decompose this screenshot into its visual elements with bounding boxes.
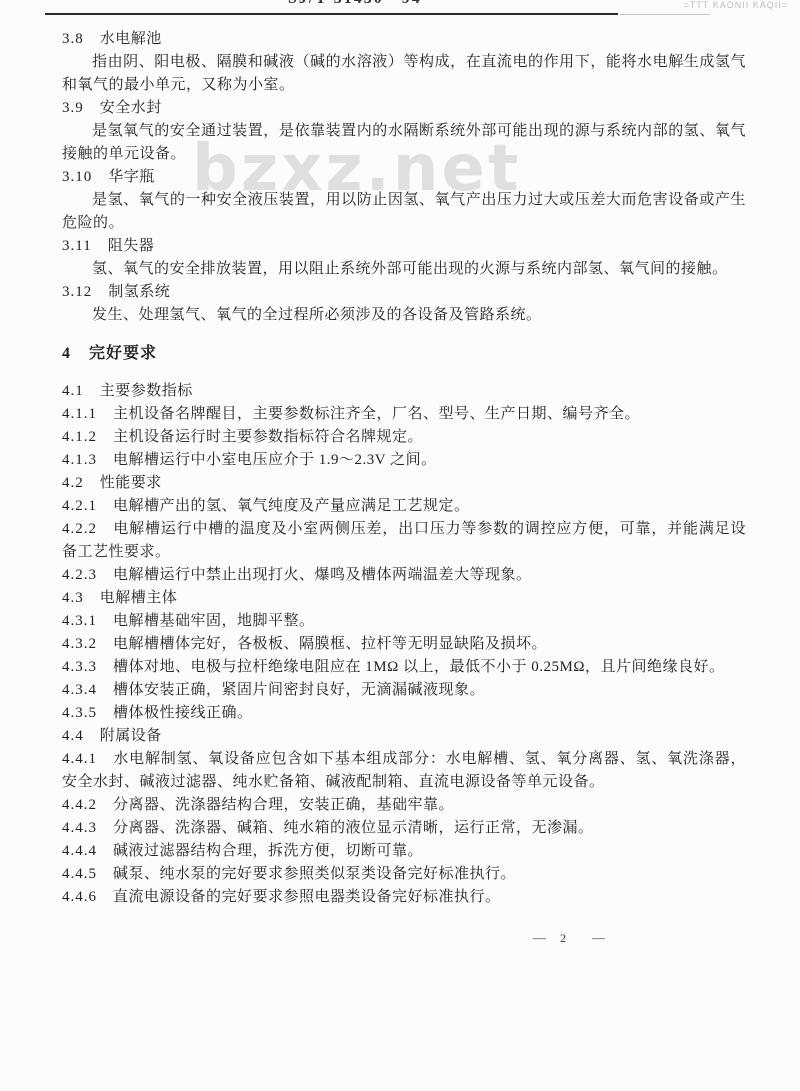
clause-text: 电解槽运行中槽的温度及小室两侧压差，出口压力等参数的调控应方便，可靠，并能满足设… [62, 521, 746, 560]
clause-4-1-2: 4.1.2主机设备运行时主要参数指标符合名牌规定。 [62, 426, 746, 449]
page-number-value: 2 [560, 931, 566, 946]
section-body: 氢、氧气的安全排放装置，用以阻止系统外部可能出现的火源与系统内部氢、氧气间的接触… [62, 258, 746, 281]
chapter-title: 完好要求 [89, 345, 157, 362]
clause-number: 4.3.4 [62, 679, 97, 702]
clause-4-3-3: 4.3.3槽体对地、电极与拉杆绝缘电阻应在 1MΩ 以上，最低不小于 0.25M… [62, 656, 746, 679]
clause-number: 4.3.3 [62, 656, 97, 679]
clause-text: 分离器、洗涤器结构合理，安装正确，基础牢靠。 [113, 797, 454, 813]
section-body: 是氢、氧气的一种安全液压装置，用以防止因氢、氧气产出压力过大或压差大而危害设备或… [62, 189, 746, 235]
clause-4-4-6: 4.4.6直流电源设备的完好要求参照电器类设备完好标准执行。 [62, 886, 746, 909]
clause-text: 电解槽运行中禁止出现打火、爆鸣及槽体两端温差大等现象。 [113, 567, 532, 583]
section-3-11: 3.11阻失器 氢、氧气的安全排放装置，用以阻止系统外部可能出现的火源与系统内部… [62, 235, 746, 281]
clause-text: 电解槽槽体完好，各极板、隔膜框、拉杆等无明显缺陷及损坏。 [113, 636, 547, 652]
clause-4-3-5: 4.3.5槽体极性接线正确。 [62, 702, 746, 725]
clause-4-2-3: 4.2.3电解槽运行中禁止出现打火、爆鸣及槽体两端温差大等现象。 [62, 564, 746, 587]
clause-text: 电解槽基础牢固，地脚平整。 [113, 613, 315, 629]
clause-number: 4.3.2 [62, 633, 97, 656]
clause-text: 电解槽主体 [100, 590, 178, 606]
section-title: 华字瓶 [108, 169, 155, 185]
clause-4-1-1: 4.1.1主机设备名牌醒目，主要参数标注齐全，厂名、型号、生产日期、编号齐全。 [62, 403, 746, 426]
clause-number: 4.1 [62, 380, 84, 403]
header-rule [45, 13, 618, 15]
clause-4-2-1: 4.2.1电解槽产出的氢、氧气纯度及产量应满足工艺规定。 [62, 495, 746, 518]
section-3-8: 3.8水电解池 指由阴、阳电极、隔膜和碱液（碱的水溶液）等构成，在直流电的作用下… [62, 28, 746, 97]
section-3-12: 3.12制氢系统 发生、处理氢气、氧气的全过程所必须涉及的各设备及管路系统。 [62, 281, 746, 327]
page-number-dash-right: — [592, 930, 605, 946]
document-page: SJ/T 31430—94 =TTT KAONII KAQII= bzxz.ne… [0, 0, 800, 1091]
clause-4-1: 4.1主要参数指标 [62, 380, 746, 403]
clause-number: 4.2.2 [62, 518, 97, 541]
clause-4-4-3: 4.4.3分离器、洗涤器、碱箱、纯水箱的液位显示清晰，运行正常，无渗漏。 [62, 817, 746, 840]
section-number: 3.12 [62, 281, 92, 304]
clause-number: 4.1.3 [62, 449, 97, 472]
section-3-9: 3.9安全水封 是氢氧气的安全通过装置，是依靠装置内的水隔断系统外部可能出现的源… [62, 97, 746, 166]
clause-4-4-2: 4.4.2分离器、洗涤器结构合理，安装正确，基础牢靠。 [62, 794, 746, 817]
clause-number: 4.4.3 [62, 817, 97, 840]
clause-number: 4.4.4 [62, 840, 97, 863]
section-3-10: 3.10华字瓶 是氢、氧气的一种安全液压装置，用以防止因氢、氧气产出压力过大或压… [62, 166, 746, 235]
corner-watermark: =TTT KAONII KAQII= [684, 0, 788, 10]
clause-4-4-4: 4.4.4碱液过滤器结构合理，拆洗方便，切断可靠。 [62, 840, 746, 863]
clause-text: 槽体对地、电极与拉杆绝缘电阻应在 1MΩ 以上，最低不小于 0.25MΩ，且片间… [113, 659, 724, 675]
clause-text: 电解槽产出的氢、氧气纯度及产量应满足工艺规定。 [113, 498, 470, 514]
clause-text: 直流电源设备的完好要求参照电器类设备完好标准执行。 [113, 889, 501, 905]
page-number-dash-left: — [533, 930, 546, 946]
document-content: 3.8水电解池 指由阴、阳电极、隔膜和碱液（碱的水溶液）等构成，在直流电的作用下… [62, 28, 746, 909]
clause-text: 水电解制氢、氧设备应包含如下基本组成部分：水电解槽、氢、氧分离器、氢、氧洗涤器，… [62, 751, 746, 790]
clause-text: 槽体极性接线正确。 [113, 705, 253, 721]
clause-number: 4.2.1 [62, 495, 97, 518]
clause-number: 4.2.3 [62, 564, 97, 587]
section-title: 安全水封 [100, 100, 162, 116]
doc-number: SJ/T 31430—94 [288, 0, 422, 8]
chapter-heading: 4完好要求 [62, 342, 746, 365]
clause-number: 4.4.5 [62, 863, 97, 886]
section-body: 指由阴、阳电极、隔膜和碱液（碱的水溶液）等构成，在直流电的作用下，能将水电解生成… [62, 51, 746, 97]
clause-text: 槽体安装正确，紧固片间密封良好，无滴漏碱液现象。 [113, 682, 485, 698]
clause-text: 性能要求 [100, 475, 162, 491]
clause-number: 4.3 [62, 587, 84, 610]
clause-text: 主机设备运行时主要参数指标符合名牌规定。 [113, 429, 423, 445]
section-number: 3.10 [62, 166, 92, 189]
section-number: 3.9 [62, 97, 84, 120]
clause-4-3-2: 4.3.2电解槽槽体完好，各极板、隔膜框、拉杆等无明显缺陷及损坏。 [62, 633, 746, 656]
clause-4-4-1: 4.4.1水电解制氢、氧设备应包含如下基本组成部分：水电解槽、氢、氧分离器、氢、… [62, 748, 746, 794]
clause-number: 4.4.6 [62, 886, 97, 909]
clause-text: 碱泵、纯水泵的完好要求参照类似泵类设备完好标准执行。 [113, 866, 516, 882]
clause-number: 4.4.2 [62, 794, 97, 817]
clause-4-3-1: 4.3.1电解槽基础牢固，地脚平整。 [62, 610, 746, 633]
section-body: 是氢氧气的安全通过装置，是依靠装置内的水隔断系统外部可能出现的源与系统内部的氢、… [62, 120, 746, 166]
section-title: 制氢系统 [108, 284, 170, 300]
clause-4-2: 4.2性能要求 [62, 472, 746, 495]
clause-text: 主要参数指标 [100, 383, 193, 399]
chapter-number: 4 [62, 342, 71, 365]
clause-text: 附属设备 [100, 728, 162, 744]
clause-4-3-4: 4.3.4槽体安装正确，紧固片间密封良好，无滴漏碱液现象。 [62, 679, 746, 702]
clause-4-2-2: 4.2.2电解槽运行中槽的温度及小室两侧压差，出口压力等参数的调控应方便，可靠，… [62, 518, 746, 564]
clause-text: 主机设备名牌醒目，主要参数标注齐全，厂名、型号、生产日期、编号齐全。 [113, 406, 640, 422]
page-number: — 2 — [533, 930, 605, 946]
section-number: 3.11 [62, 235, 92, 258]
clause-text: 分离器、洗涤器、碱箱、纯水箱的液位显示清晰，运行正常，无渗漏。 [113, 820, 594, 836]
clause-number: 4.2 [62, 472, 84, 495]
clause-number: 4.3.1 [62, 610, 97, 633]
clause-text: 碱液过滤器结构合理，拆洗方便，切断可靠。 [113, 843, 423, 859]
clause-number: 4.4.1 [62, 748, 97, 771]
clause-number: 4.1.1 [62, 403, 97, 426]
clause-4-4: 4.4附属设备 [62, 725, 746, 748]
section-title: 阻失器 [108, 238, 155, 254]
clause-number: 4.1.2 [62, 426, 97, 449]
clause-4-3: 4.3电解槽主体 [62, 587, 746, 610]
section-number: 3.8 [62, 28, 84, 51]
section-title: 水电解池 [100, 31, 162, 47]
header-rule-faint [620, 14, 710, 15]
clause-4-4-5: 4.4.5碱泵、纯水泵的完好要求参照类似泵类设备完好标准执行。 [62, 863, 746, 886]
clause-number: 4.3.5 [62, 702, 97, 725]
clause-number: 4.4 [62, 725, 84, 748]
clause-text: 电解槽运行中小室电压应介于 1.9～2.3V 之间。 [113, 452, 437, 468]
clause-4-1-3: 4.1.3电解槽运行中小室电压应介于 1.9～2.3V 之间。 [62, 449, 746, 472]
section-body: 发生、处理氢气、氧气的全过程所必须涉及的各设备及管路系统。 [62, 304, 746, 327]
